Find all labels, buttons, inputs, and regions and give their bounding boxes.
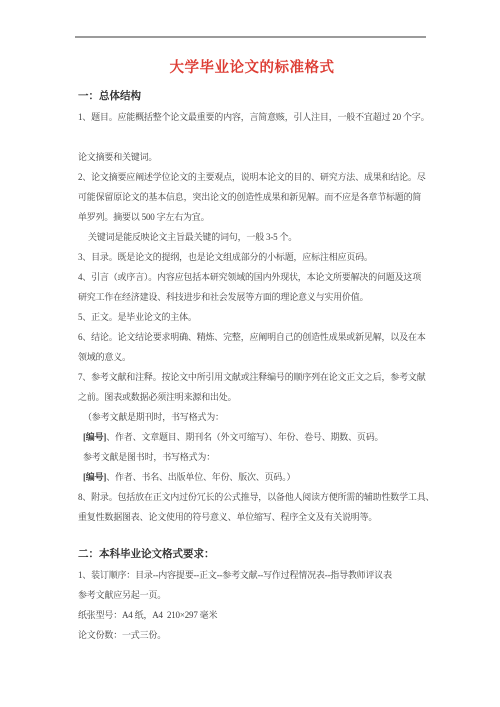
item-7-references-line-2: 之前。图表或数据必须注明来源和出处。 — [78, 387, 426, 407]
bold-prefix: [编号] — [83, 432, 106, 442]
item-8-appendix-line-2: 重复性数据图表、论文使用的符号意义、单位缩写、程序全文及有关说明等。 — [78, 507, 426, 527]
journal-format-detail-line: [编号]、作者、文章题目、期刊名（外文可缩写）、年份、卷号、期数、页码。 — [78, 427, 426, 447]
references-new-page-line: 参考文献应另起一页。 — [78, 585, 426, 605]
book-format-intro-line: 参考文献是图书时，书写格式为： — [78, 447, 426, 467]
copies-line: 论文份数：一式三份。 — [78, 625, 426, 645]
section-1-heading: 一：总体结构 — [78, 87, 426, 107]
blank-line — [78, 127, 426, 147]
blank-line — [78, 527, 426, 545]
item-6-conclusion-line-1: 6、结论。论文结论要求明确、精炼、完整，应阐明自己的创造性成果或新见解，以及在本 — [78, 327, 426, 347]
item-1-title-line: 1、题目。应能概括整个论文最重要的内容，言简意赅，引人注目，一般不宜超过 20 … — [78, 107, 426, 127]
keywords-note-line: 关键词是能反映论文主旨最关键的词句，一般 3-5 个。 — [78, 227, 426, 247]
horizontal-rule — [75, 36, 426, 38]
item-7-references-line-1: 7、参考文献和注释。按论文中所引用文献或注释编号的顺序列在论文正文之后，参考文献 — [78, 367, 426, 387]
document-content: 大学毕业论文的标准格式一：总体结构1、题目。应能概括整个论文最重要的内容，言简意… — [78, 55, 426, 645]
item-8-appendix-line-1: 8、附录。包括放在正文内过份冗长的公式推导，以备他人阅读方便所需的辅助性数学工具… — [78, 487, 426, 507]
document-page: 大学毕业论文的标准格式一：总体结构1、题目。应能概括整个论文最重要的内容，言简意… — [0, 0, 500, 707]
item-4-intro-line-1: 4、引言（或序言）。内容应包括本研究领域的国内外现状，本论文所要解决的问题及这项 — [78, 267, 426, 287]
item-6-conclusion-line-2: 领域的意义。 — [78, 347, 426, 367]
doc-title: 大学毕业论文的标准格式 — [78, 55, 426, 81]
binding-order-line: 1、装订顺序：目录--内容提要--正文--参考文献--写作过程情况表--指导教师… — [78, 565, 426, 585]
paper-size-line: 纸张型号：A4 纸，A4 210×297 毫米 — [78, 605, 426, 625]
bold-prefix: [编号] — [83, 472, 106, 482]
abstract-keywords-line: 论文摘要和关键词。 — [78, 147, 426, 167]
item-2-abstract-line-3: 单罗列。摘要以 500 字左右为宜。 — [78, 207, 426, 227]
section-2-heading: 二：本科毕业论文格式要求： — [78, 545, 426, 565]
journal-format-intro-line: （参考文献是期刊时，书写格式为： — [78, 407, 426, 427]
item-5-body-line: 5、正文。是毕业论文的主体。 — [78, 307, 426, 327]
item-2-abstract-line-1: 2、论文摘要应阐述学位论文的主要观点，说明本论文的目的、研究方法、成果和结论。尽 — [78, 167, 426, 187]
book-format-detail-line: [编号]、作者、书名、出版单位、年份、版次、页码。） — [78, 467, 426, 487]
item-4-intro-line-2: 研究工作在经济建设、科技进步和社会发展等方面的理论意义与实用价值。 — [78, 287, 426, 307]
item-2-abstract-line-2: 可能保留原论文的基本信息，突出论文的创造性成果和新见解。而不应是各章节标题的简 — [78, 187, 426, 207]
item-3-toc-line: 3、目录。既是论文的提纲，也是论文组成部分的小标题，应标注相应页码。 — [78, 247, 426, 267]
